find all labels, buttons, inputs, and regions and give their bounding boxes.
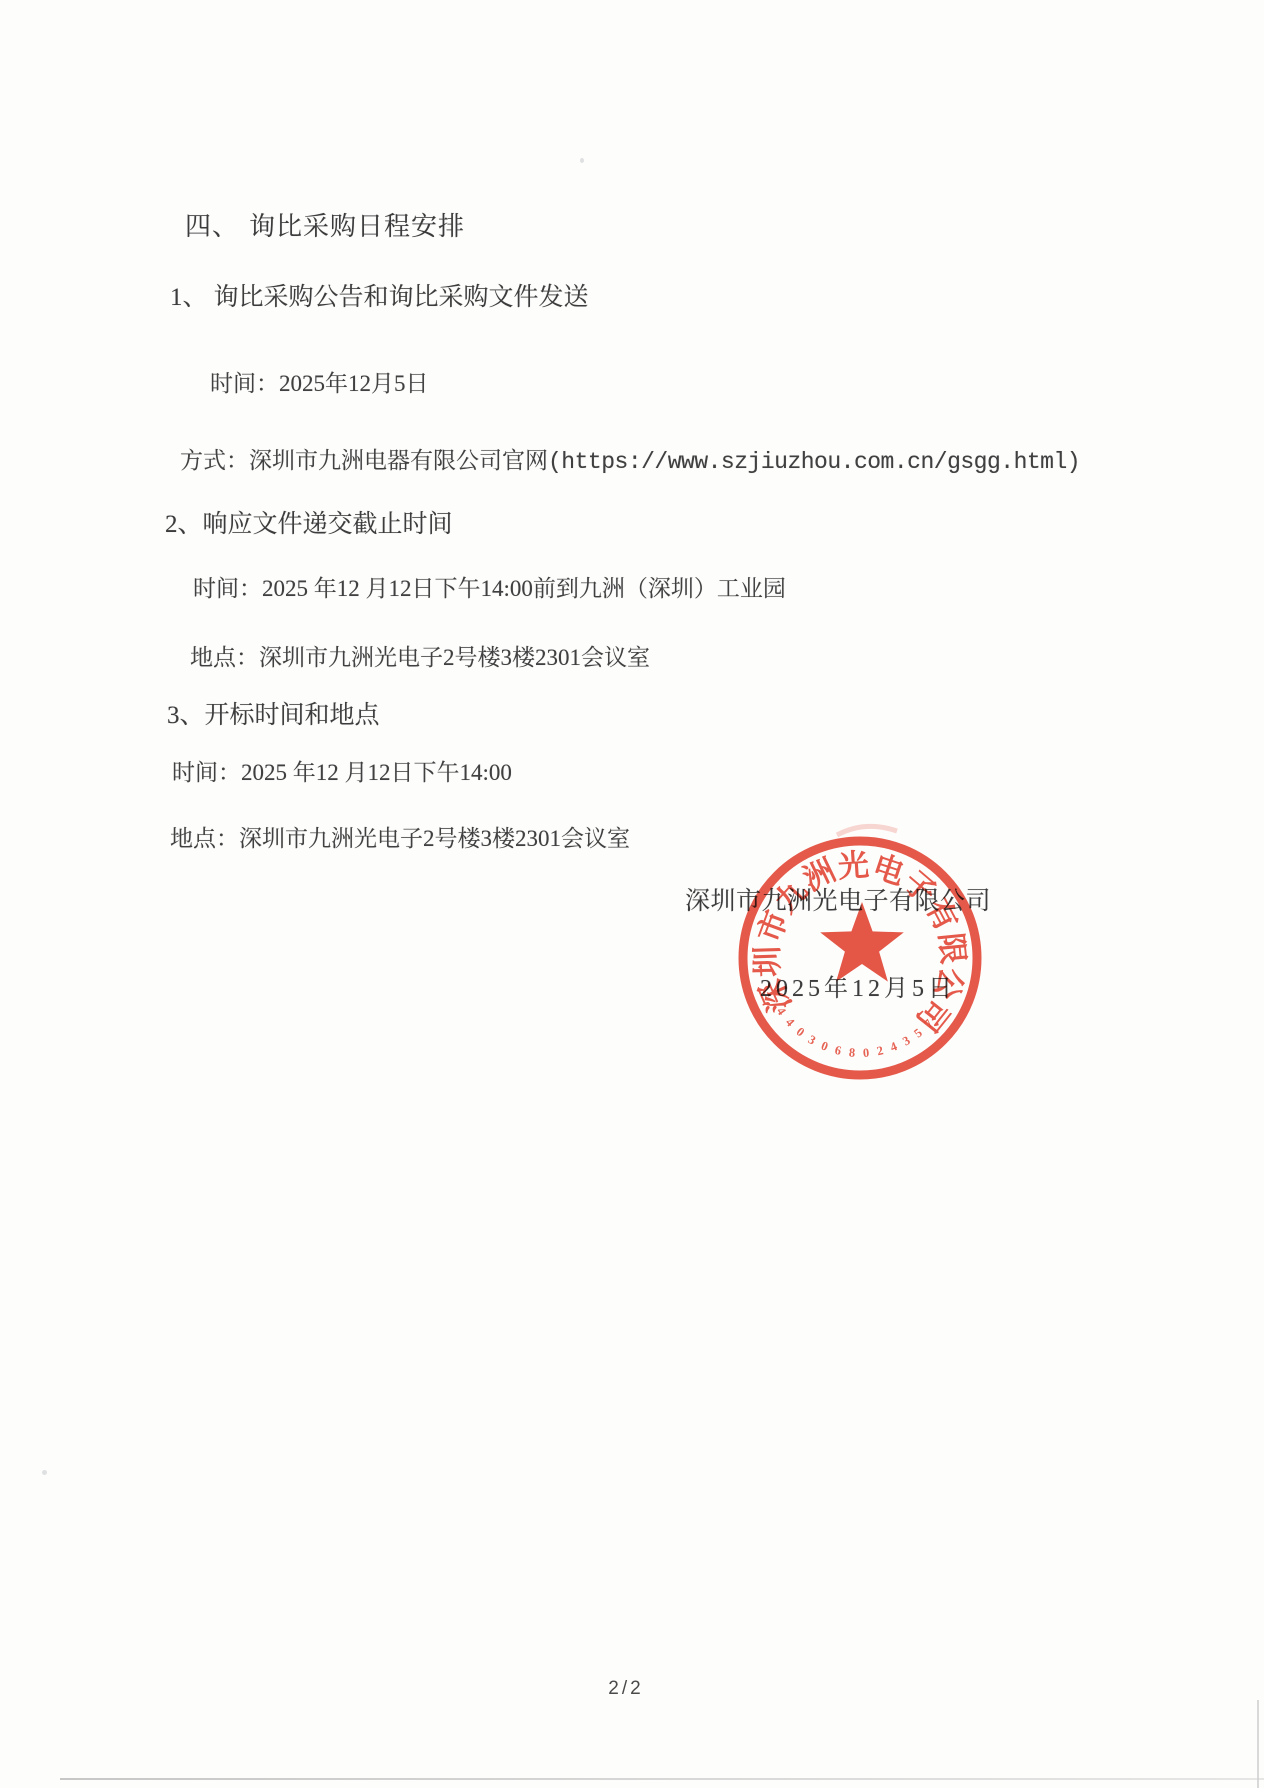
scan-speckle xyxy=(580,158,584,163)
time-value: 2025 年12 月12日下午14:00 xyxy=(241,760,512,785)
item-1-title-line: 1、询比采购公告和询比采购文件发送 xyxy=(170,284,589,313)
section-heading-title: 询比采购日程安排 xyxy=(249,212,465,241)
place-value: 深圳市九洲光电子2号楼3楼2301会议室 xyxy=(259,645,650,670)
company-seal: 深圳市九洲光电子有限公司 4403068024357 xyxy=(725,815,995,1090)
page-number: 2/2 xyxy=(608,1678,643,1700)
place-value: 深圳市九洲光电子2号楼3楼2301会议室 xyxy=(239,826,630,851)
item-2-title: 响应文件递交截止时间 xyxy=(203,511,453,538)
item-2-number: 2、 xyxy=(165,511,203,538)
item-3-time-line: 时间：2025 年12 月12日下午14:00 xyxy=(172,760,512,786)
item-1-time-line: 时间：2025年12月5日 xyxy=(210,371,429,397)
time-label: 时间： xyxy=(172,760,241,785)
item-2-time-line: 时间：2025 年12 月12日下午14:00前到九洲（深圳）工业园 xyxy=(193,576,786,602)
place-label: 地点： xyxy=(190,645,259,670)
time-value: 2025年12月5日 xyxy=(279,371,429,396)
time-value: 2025 年12 月12日下午14:00前到九洲（深圳）工业园 xyxy=(262,576,786,601)
section-heading-number: 四、 xyxy=(185,212,239,241)
method-value: 深圳市九洲电器有限公司官网 xyxy=(249,448,548,473)
scanned-document-page: 四、询比采购日程安排 1、询比采购公告和询比采购文件发送 时间：2025年12月… xyxy=(0,0,1264,1788)
item-3-title-line: 3、开标时间和地点 xyxy=(167,702,380,731)
item-3-number: 3、 xyxy=(167,702,205,729)
method-label: 方式： xyxy=(180,448,249,473)
seal-ghost-smudge xyxy=(837,826,897,835)
item-3-place-line: 地点：深圳市九洲光电子2号楼3楼2301会议室 xyxy=(170,826,630,852)
scan-speckle xyxy=(42,1470,47,1475)
website-url-text: (https://www.szjiuzhou.com.cn/gsgg.html) xyxy=(548,449,1080,475)
section-heading: 四、询比采购日程安排 xyxy=(185,212,465,242)
scan-edge-bottom xyxy=(60,1778,1264,1780)
item-3-title: 开标时间和地点 xyxy=(205,702,380,729)
scan-edge-right xyxy=(1257,1700,1259,1788)
item-1-method-line: 方式：深圳市九洲电器有限公司官网(https://www.szjiuzhou.c… xyxy=(180,448,1080,475)
star-icon xyxy=(820,902,904,982)
time-label: 时间： xyxy=(193,576,262,601)
item-2-title-line: 2、响应文件递交截止时间 xyxy=(165,511,453,540)
item-2-place-line: 地点：深圳市九洲光电子2号楼3楼2301会议室 xyxy=(190,645,650,671)
item-1-number: 1、 xyxy=(170,284,208,311)
place-label: 地点： xyxy=(170,826,239,851)
time-label: 时间： xyxy=(210,371,279,396)
item-1-title: 询比采购公告和询比采购文件发送 xyxy=(214,284,589,311)
